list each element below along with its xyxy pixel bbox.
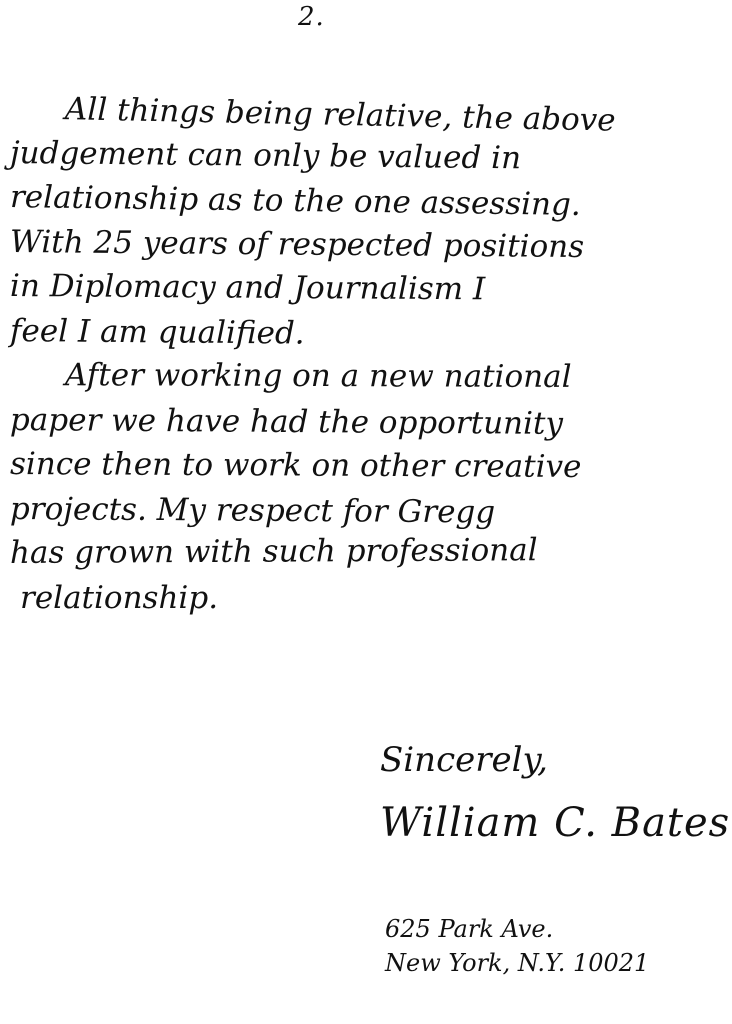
letter-line: has grown with such professional (10, 527, 722, 575)
letter-line: feel I am qualified. (10, 309, 722, 360)
closing: Sincerely, (380, 740, 548, 780)
sender-address: 625 Park Ave. New York, N.Y. 10021 (385, 912, 649, 980)
letter-line: With 25 years of respected positions (10, 220, 722, 271)
letter-line: in Diplomacy and Journalism I (10, 264, 722, 313)
letter-line: relationship. (10, 576, 722, 621)
letter-line: judgement can only be valued in (10, 131, 722, 183)
address-city: New York, N.Y. 10021 (385, 946, 649, 980)
letter-line: After working on a new national (10, 353, 722, 400)
letter-line: since then to work on other creative (10, 442, 722, 490)
page-number: 2. (298, 2, 325, 32)
letter-line: paper we have had the opportunity (10, 398, 722, 447)
address-street: 625 Park Ave. (385, 912, 649, 946)
letter-body: All things being relative, the above jud… (10, 86, 722, 620)
signature: William C. Bates (380, 800, 730, 846)
